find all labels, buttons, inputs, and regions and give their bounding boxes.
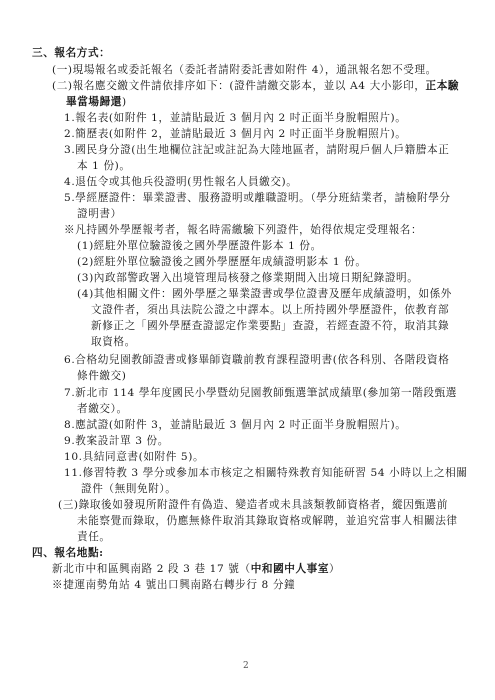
section-3-item-3-cont-2: 責任。 [77,530,111,544]
doc-8: 8.應試證(如附件 3，並請貼最近 3 個月內 2 吋正面半身脫帽照片)。 [64,418,406,432]
foreign-1: (1)經駐外單位驗證後之國外學歷證件影本 1 份。 [77,239,322,253]
doc-7-cont: 者繳交）。 [77,402,128,416]
doc-2: 2.簡歷表(如附件 2，並請貼最近 3 個月內 2 吋正面半身脫帽照片)。 [64,127,406,141]
doc-5-cont: 證明書） [77,207,122,221]
section-3-title: 三、報名方式： [32,46,110,60]
foreign-4-cont-1: 文證件者，須出具法院公證之中譯本。以上所持國外學歷證件，依教育部 [91,303,449,317]
section-3-item-1: (一)現場報名或委託報名（委託者請附委託書如附件 4），通訊報名恕不受理。 [52,63,437,77]
item-2-text: (二)報名應交繳文件請依排序如下：(證件請繳交影本，並以 A4 大小影印， [52,80,426,92]
doc-10: 10.具結同意書(如附件 5)。 [64,450,204,464]
section-3-item-3: (三)錄取後如發現所附證件有偽造、變造者或未具該類教師資格者，縱因甄選前 [58,498,448,512]
doc-11: 11.修習特教 3 學分或參加本市核定之相關特殊教育知能研習 54 小時以上之相… [64,466,468,480]
item-2-bold-cont: 畢當場歸還 [66,96,122,108]
section-3-item-2-cont: 畢當場歸還) [66,95,127,109]
address-office: 中和國中人事室 [251,563,329,575]
doc-1: 1.報名表(如附件 1，並請貼最近 3 個月內 2 吋正面半身脫帽照片)。 [64,111,406,125]
doc-7: 7.新北市 114 學年度國民小學暨幼兒園教師甄選筆試成績單(參加第一階段甄選 [64,386,457,400]
doc-6: 6.合格幼兒園教師證書或修畢師資職前教育課程證明書(依各科別、各階段資格 [64,353,449,367]
doc-6-cont: 條件繳交) [77,369,127,383]
doc-5: 5.學經歷證件：畢業證書、服務證明或離職證明。（學分班結業者，請檢附學分 [64,191,451,205]
foreign-2: (2)經駐外單位驗證後之國外學歷歷年成績證明影本 1 份。 [77,255,367,269]
doc-11-cont: 證件（無則免附）。 [81,482,176,496]
section-4-address: 新北市中和區興南路 2 段 3 巷 17 號（中和國中人事室） [52,562,340,576]
item-2-close: ) [122,96,127,108]
doc-9: 9.教案設計單 3 份。 [64,434,169,448]
foreign-4-cont-2: 新修正之「國外學歷查證認定作業要點」查證，若經查證不符，取消其錄 [91,319,449,333]
foreign-4: (4)其他相關文件：國外學歷之畢業證書或學位證書及歷年成績證明，如係外 [77,287,452,301]
doc-3: 3.國民身分證(出生地欄位註記或註記為大陸地區者，請附現戶個人戶籍謄本正 [64,143,449,157]
foreign-note: ※凡持國外學歷報考者，報名時需繳驗下列證件，始得依規定受理報名： [64,223,422,237]
foreign-4-cont-3: 取資格。 [91,335,136,349]
address-text: 新北市中和區興南路 2 段 3 巷 17 號（ [52,563,251,575]
foreign-3: (3)內政部警政署入出境管理局核發之修業期間入出境日期紀錄證明。 [77,271,418,285]
doc-3-cont: 本 1 份)。 [77,159,131,173]
section-3-item-2: (二)報名應交繳文件請依排序如下：(證件請繳交影本，並以 A4 大小影印，正本驗 [52,79,459,93]
document-page: 三、報名方式： (一)現場報名或委託報名（委託者請附委託書如附件 4），通訊報名… [0,0,495,700]
section-4-title: 四、報名地點: [32,546,104,560]
doc-4: 4.退伍令或其他兵役證明(男性報名人員繳交)。 [64,175,297,189]
section-4-transit: ※捷運南勢角站 4 號出口興南路右轉步行 8 分鐘 [52,578,295,592]
address-close: ） [329,563,340,575]
item-2-bold: 正本驗 [426,80,460,92]
section-3-item-3-cont-1: 未能察覺而錄取，仍應無條件取消其錄取資格或解聘，並追究當事人相關法律 [77,514,458,528]
page-number: 2 [243,661,249,671]
